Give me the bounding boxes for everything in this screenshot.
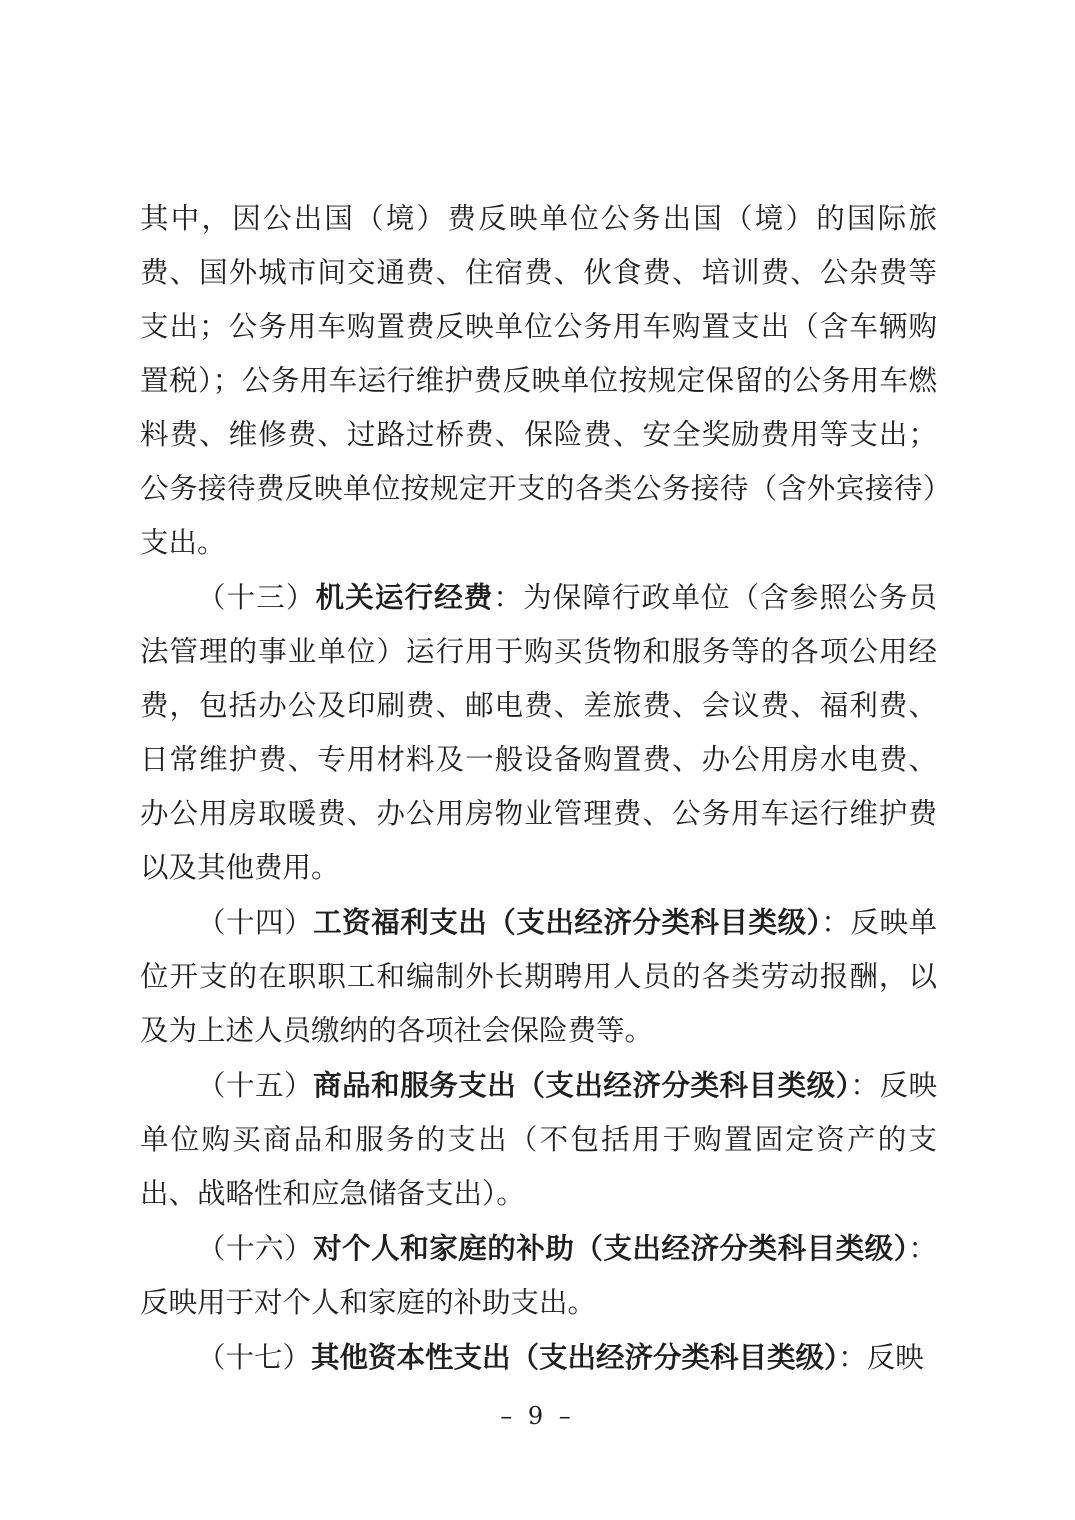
paragraph-item-15: （十五）商品和服务支出（支出经济分类科目类级）：反映单位购买商品和服务的支出（不… [140,1058,937,1221]
item-term: 其他资本性支出（支出经济分类科目类级） [311,1340,838,1374]
paragraph-item-14: （十四）工资福利支出（支出经济分类科目类级）：反映单位开支的在职职工和编制外长期… [140,895,937,1058]
item-term: 机关运行经费 [316,580,494,614]
paragraph-text: ：为保障行政单位（含参照公务员法管理的事业单位）运行用于购买货物和服务等的各项公… [140,581,937,884]
item-number: （十六） [197,1232,313,1265]
item-term: 商品和服务支出（支出经济分类科目类级） [313,1068,850,1102]
paragraph-item-13: （十三）机关运行经费：为保障行政单位（含参照公务员法管理的事业单位）运行用于购买… [140,570,937,895]
document-body: 其中，因公出国（境）费反映单位公务出国（境）的国际旅费、国外城市间交通费、住宿费… [140,192,937,1385]
paragraph-item-16: （十六）对个人和家庭的补助（支出经济分类科目类级）：反映用于对个人和家庭的补助支… [140,1221,937,1330]
item-number: （十七） [197,1341,311,1374]
page-footer: – 9 – [0,1400,1075,1432]
item-number: （十三） [197,581,316,614]
paragraph-item-17: （十七）其他资本性支出（支出经济分类科目类级）：反映 [140,1330,937,1385]
paragraph-continuation: 其中，因公出国（境）费反映单位公务出国（境）的国际旅费、国外城市间交通费、住宿费… [140,192,937,570]
paragraph-text: 其中，因公出国（境）费反映单位公务出国（境）的国际旅费、国外城市间交通费、住宿费… [140,202,937,559]
item-term: 对个人和家庭的补助（支出经济分类科目类级） [313,1231,908,1265]
item-number: （十五） [197,1069,313,1102]
item-term: 工资福利支出（支出经济分类科目类级） [313,905,821,939]
paragraph-text: ：反映 [838,1341,924,1374]
item-number: （十四） [197,906,313,939]
page-number: – 9 – [500,1402,575,1430]
document-page: 其中，因公出国（境）费反映单位公务出国（境）的国际旅费、国外城市间交通费、住宿费… [0,0,1075,1520]
